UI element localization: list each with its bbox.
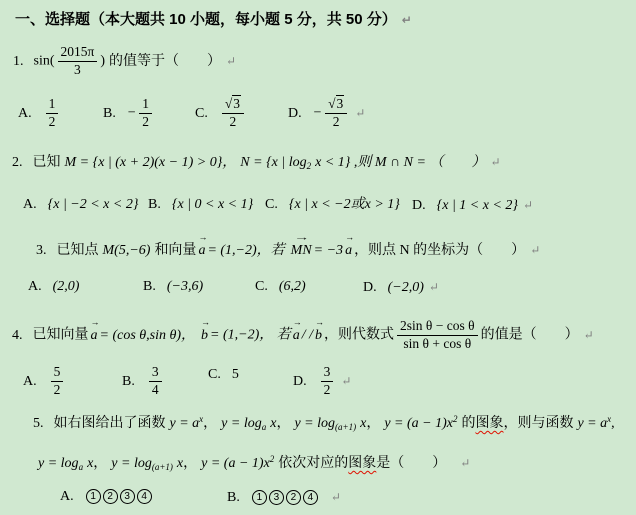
q5-text-3: ，则与函数 bbox=[503, 416, 573, 431]
q5-text-1: 如右图给出了函数 bbox=[54, 416, 166, 431]
option-text: {x | 1 < x < 2} bbox=[437, 198, 518, 213]
func-base: y = log bbox=[221, 416, 262, 431]
vector-arrow-icon: → bbox=[198, 233, 205, 242]
option-label: C. bbox=[265, 197, 278, 212]
q5-text-5: 是（ ） bbox=[376, 456, 446, 471]
question-3-stem: 3.已知点M(5,−6)和向量→a= (1,−2)，若→MN= −3→a，则点 … bbox=[36, 240, 540, 261]
option-label: B. bbox=[148, 197, 161, 212]
q5-func-3: y = log(a+1)x bbox=[294, 416, 366, 431]
radical-icon: √ bbox=[328, 96, 335, 111]
q3-eq-1: = (1,−2)，若 bbox=[207, 243, 284, 258]
q3-point-m: M(5,−6) bbox=[103, 243, 151, 258]
q2-set-n: N = {x | log2x < 1} ,则 M ∩ N = （ ） bbox=[240, 155, 485, 170]
separator: , bbox=[611, 416, 615, 431]
question-1-number: 1. bbox=[13, 54, 24, 69]
fraction-denominator: 2 bbox=[222, 113, 244, 130]
parallel-symbol: / / bbox=[302, 328, 313, 343]
option-4a: A.52 bbox=[23, 365, 66, 398]
paragraph-mark-icon: ↵ bbox=[355, 106, 365, 120]
q5-text-2: 的 bbox=[461, 416, 475, 431]
circled-number: 1 bbox=[86, 489, 101, 504]
circled-number: 1 bbox=[252, 490, 267, 505]
circled-number: 3 bbox=[120, 489, 135, 504]
vector-arrow-icon: → bbox=[91, 318, 98, 327]
option-label: A. bbox=[23, 197, 37, 212]
question-3-number: 3. bbox=[36, 243, 47, 258]
option-3a: A.(2,0) bbox=[28, 277, 79, 297]
option-3b: B.(−3,6) bbox=[143, 277, 203, 297]
paragraph-mark-icon: ↵ bbox=[460, 456, 470, 470]
option-1a: A.12 bbox=[18, 97, 61, 130]
paragraph-mark-icon: ↵ bbox=[331, 490, 341, 504]
separator: ， bbox=[203, 416, 217, 431]
option-1c: C.√32 bbox=[195, 97, 247, 130]
vector-a: →a bbox=[345, 241, 352, 261]
func-subscript: (a+1) bbox=[335, 422, 356, 432]
question-5-number: 5. bbox=[33, 416, 44, 431]
option-2d: D.{x | 1 < x < 2}↵ bbox=[412, 195, 533, 216]
vector-letters: MN bbox=[291, 243, 312, 258]
q5-func-4: y = (a − 1)x2 bbox=[384, 416, 457, 431]
option-4d: D.32↵ bbox=[293, 365, 351, 398]
fraction-numerator: √3 bbox=[222, 97, 244, 113]
vector-arrow-icon: → bbox=[315, 318, 322, 327]
option-text: 5 bbox=[232, 367, 239, 382]
fraction-denominator: 3 bbox=[58, 61, 98, 78]
option-fraction: 32 bbox=[321, 365, 334, 398]
option-label: D. bbox=[412, 198, 426, 213]
minus-sign: − bbox=[313, 106, 322, 121]
q4-text-2: ，则代数式 bbox=[324, 328, 394, 343]
func-base: y = (a − 1)x bbox=[384, 416, 453, 431]
option-label: C. bbox=[208, 367, 221, 382]
question-5-stem-line-1: 5.如右图给出了函数y = ax，y = logax，y = log(a+1)x… bbox=[33, 409, 615, 437]
fraction-numerator: √3 bbox=[325, 97, 347, 113]
option-label: D. bbox=[288, 106, 302, 121]
fraction-denominator: 2 bbox=[51, 381, 64, 398]
q3-text-2: 和向量 bbox=[154, 243, 196, 258]
vector-letter: b bbox=[315, 328, 322, 343]
fraction-numerator: 2015π bbox=[58, 45, 98, 61]
option-2a: A.{x | −2 < x < 2} bbox=[23, 195, 138, 215]
paragraph-mark-icon: ↵ bbox=[530, 243, 540, 257]
vector-letter: a bbox=[293, 328, 300, 343]
fraction-denominator: sin θ + cos θ bbox=[397, 335, 478, 352]
q2-log-base-pre: N = {x | log bbox=[240, 155, 306, 170]
fraction-numerator: 2sin θ − cos θ bbox=[397, 319, 478, 335]
vector-b: →b bbox=[201, 326, 208, 346]
option-label: D. bbox=[293, 374, 307, 389]
func-subscript: a bbox=[79, 462, 84, 472]
question-4-stem: 4.已知向量→a= (cos θ,sin θ)，→b= (1,−2)， 若→a/… bbox=[12, 319, 594, 352]
vector-letter: a bbox=[198, 243, 205, 258]
q5-word-graph-misspell: 图象 bbox=[475, 416, 503, 431]
q1-close-paren: ) bbox=[100, 54, 105, 69]
option-fraction: √32 bbox=[325, 97, 347, 130]
option-label: A. bbox=[60, 489, 74, 504]
fraction-denominator: 2 bbox=[321, 381, 334, 398]
vector-arrow-icon: → bbox=[283, 233, 319, 242]
circled-number: 2 bbox=[103, 489, 118, 504]
q4-fraction: 2sin θ − cos θsin θ + cos θ bbox=[397, 319, 478, 352]
q4-eq-1: = (cos θ,sin θ)， bbox=[100, 328, 196, 343]
q2-set-m: M = {x | (x + 2)(x − 1) > 0}， bbox=[65, 155, 237, 170]
fraction-numerator: 3 bbox=[321, 365, 334, 381]
option-fraction: 12 bbox=[139, 97, 152, 130]
vector-b: →b bbox=[315, 326, 322, 346]
fraction-denominator: 2 bbox=[46, 113, 59, 130]
question-1-stem: 1.sin(2015π3)的值等于（ ）↵ bbox=[13, 45, 236, 78]
q3-eq-2: = −3 bbox=[314, 243, 343, 258]
option-label: C. bbox=[195, 106, 208, 121]
option-1b: B.−12 bbox=[103, 97, 155, 130]
paragraph-mark-icon: ↵ bbox=[429, 280, 439, 294]
circled-number: 4 bbox=[137, 489, 152, 504]
option-label: D. bbox=[363, 280, 377, 295]
circled-number: 2 bbox=[286, 490, 301, 505]
vector-letter: a bbox=[345, 243, 352, 258]
func-subscript: (a+1) bbox=[152, 462, 173, 472]
q5-word-graph-misspell: 图象 bbox=[348, 456, 376, 471]
paragraph-mark-icon: ↵ bbox=[490, 155, 500, 169]
option-1d: D.−√32↵ bbox=[288, 97, 365, 130]
q2-known-text: 已知 bbox=[33, 155, 61, 170]
vector-letter: b bbox=[201, 328, 208, 343]
vector-a: →a bbox=[293, 326, 300, 346]
q5-text-4: 依次对应的 bbox=[278, 456, 348, 471]
option-text: (−3,6) bbox=[167, 279, 203, 294]
separator: ， bbox=[183, 456, 197, 471]
section-title-text: 一、选择题（本大题共 10 小题，每小题 5 分，共 50 分） bbox=[15, 11, 397, 28]
option-3c: C.(6,2) bbox=[255, 277, 306, 297]
q4-text-3: 的值是（ ） bbox=[481, 328, 579, 343]
q1-sin: sin( bbox=[34, 54, 55, 69]
q1-tail-text: 的值等于（ ） bbox=[109, 54, 221, 69]
option-label: A. bbox=[28, 279, 42, 294]
option-label: A. bbox=[18, 106, 32, 121]
q5-func-4b: y = (a − 1)x2 bbox=[201, 456, 274, 471]
option-5b: B.1324↵ bbox=[227, 487, 341, 508]
circled-number: 3 bbox=[269, 490, 284, 505]
option-label: B. bbox=[122, 374, 135, 389]
separator: ， bbox=[93, 456, 107, 471]
question-5-stem-line-2: y = logax，y = log(a+1)x，y = (a − 1)x2依次对… bbox=[38, 449, 470, 477]
func-base: y = (a − 1)x bbox=[201, 456, 270, 471]
q4-eq-2: = (1,−2)， 若 bbox=[210, 328, 291, 343]
option-2b: B.{x | 0 < x < 1} bbox=[148, 195, 253, 215]
vector-arrow-icon: → bbox=[201, 318, 208, 327]
option-text: {x | −2 < x < 2} bbox=[48, 197, 139, 212]
fraction-denominator: 2 bbox=[139, 113, 152, 130]
option-label: C. bbox=[255, 279, 268, 294]
paragraph-mark-icon: ↵ bbox=[523, 198, 533, 212]
vector-a: →a bbox=[198, 241, 205, 261]
question-2-stem: 2.已知M = {x | (x + 2)(x − 1) > 0}，N = {x … bbox=[12, 152, 501, 176]
q1-fraction: 2015π3 bbox=[58, 45, 98, 78]
separator: ， bbox=[276, 416, 290, 431]
vector-letter: a bbox=[91, 328, 98, 343]
fraction-numerator: 3 bbox=[149, 365, 162, 381]
q5-func-1: y = ax bbox=[170, 416, 204, 431]
q5-func-2: y = logax bbox=[221, 416, 276, 431]
option-label: A. bbox=[23, 374, 37, 389]
q2-log-subscript: 2 bbox=[307, 161, 312, 171]
option-5a: A.1234 bbox=[60, 487, 153, 507]
option-fraction: 52 bbox=[51, 365, 64, 398]
q4-text-1: 已知向量 bbox=[33, 328, 89, 343]
func-base: y = log bbox=[294, 416, 335, 431]
option-label: B. bbox=[227, 490, 240, 505]
paragraph-mark-icon: ↵ bbox=[341, 374, 351, 388]
func-exponent: 2 bbox=[270, 454, 275, 464]
option-fraction: 34 bbox=[149, 365, 162, 398]
fraction-denominator: 4 bbox=[149, 381, 162, 398]
paragraph-mark-icon: ↵ bbox=[584, 328, 594, 342]
radicand: 3 bbox=[336, 95, 345, 111]
option-label: B. bbox=[103, 106, 116, 121]
func-exponent: 2 bbox=[453, 414, 458, 424]
vector-arrow-icon: → bbox=[293, 318, 300, 327]
option-text: (2,0) bbox=[53, 279, 80, 294]
q5-func-5: y = ax bbox=[577, 416, 611, 431]
paragraph-mark-icon: ↵ bbox=[226, 54, 236, 68]
radicand: 3 bbox=[232, 95, 241, 111]
option-text: (−2,0) bbox=[388, 280, 424, 295]
q2-set-n-post: x < 1} ,则 M ∩ N = （ ） bbox=[315, 155, 485, 170]
document-page: 一、选择题（本大题共 10 小题，每小题 5 分，共 50 分）↵ 1.sin(… bbox=[0, 0, 636, 515]
func-base: y = a bbox=[577, 416, 607, 431]
func-base: y = log bbox=[38, 456, 79, 471]
fraction-denominator: 2 bbox=[325, 113, 347, 130]
option-4b: B.34 bbox=[122, 365, 165, 398]
vector-a: →a bbox=[91, 326, 98, 346]
vector-arrow-icon: → bbox=[345, 233, 352, 242]
circled-number: 4 bbox=[303, 490, 318, 505]
paragraph-mark-icon: ↵ bbox=[402, 13, 412, 27]
option-fraction: 12 bbox=[46, 97, 59, 130]
q3-text-1: 已知点 bbox=[57, 243, 99, 258]
func-base: y = a bbox=[170, 416, 200, 431]
func-base: y = log bbox=[111, 456, 152, 471]
question-4-number: 4. bbox=[12, 328, 23, 343]
minus-sign: − bbox=[127, 106, 136, 121]
separator: ， bbox=[366, 416, 380, 431]
func-subscript: a bbox=[262, 422, 267, 432]
q5-func-2b: y = logax bbox=[38, 456, 93, 471]
fraction-numerator: 1 bbox=[139, 97, 152, 113]
question-2-number: 2. bbox=[12, 155, 23, 170]
option-3d: D.(−2,0)↵ bbox=[363, 277, 439, 298]
q3-text-3: ，则点 N 的坐标为（ ） bbox=[354, 243, 525, 258]
option-text: {x | 0 < x < 1} bbox=[172, 197, 253, 212]
option-2c: C.{x | x < −2或x > 1} bbox=[265, 195, 400, 215]
fraction-numerator: 1 bbox=[46, 97, 59, 113]
option-label: B. bbox=[143, 279, 156, 294]
section-title: 一、选择题（本大题共 10 小题，每小题 5 分，共 50 分）↵ bbox=[15, 10, 412, 30]
option-fraction: √32 bbox=[222, 97, 244, 130]
vector-mn: →MN bbox=[291, 241, 312, 261]
q5-func-3b: y = log(a+1)x bbox=[111, 456, 183, 471]
fraction-numerator: 5 bbox=[51, 365, 64, 381]
option-text: {x | x < −2或x > 1} bbox=[289, 197, 400, 212]
option-4c: C.5 bbox=[208, 365, 239, 385]
option-text: (6,2) bbox=[279, 279, 306, 294]
